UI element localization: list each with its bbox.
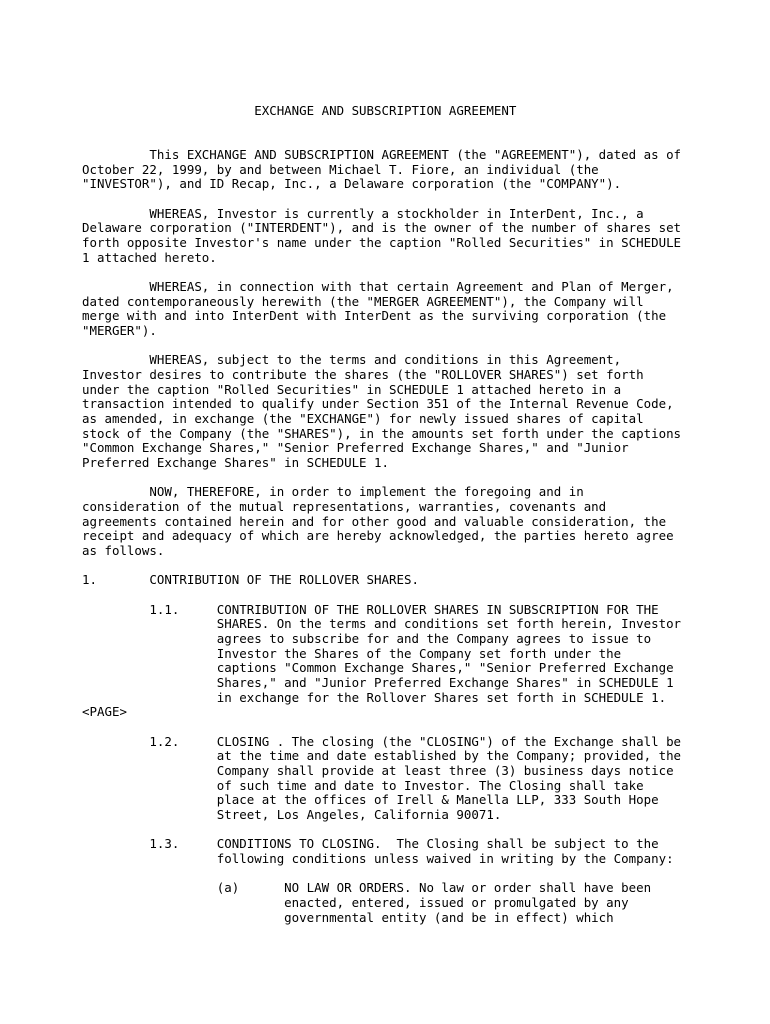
- now-therefore-paragraph: NOW, THEREFORE, in order to implement th…: [82, 485, 681, 558]
- document-title: EXCHANGE AND SUBSCRIPTION AGREEMENT: [82, 104, 681, 119]
- page-background: { "page": { "background_color": "#ffffff…: [0, 0, 770, 1024]
- section-1-heading: 1. CONTRIBUTION OF THE ROLLOVER SHARES.: [82, 573, 681, 588]
- section-1-3-conditions: 1.3. CONDITIONS TO CLOSING. The Closing …: [82, 837, 681, 866]
- intro-paragraph: This EXCHANGE AND SUBSCRIPTION AGREEMENT…: [82, 148, 681, 192]
- section-1-2-closing: 1.2. CLOSING . The closing (the "CLOSING…: [82, 735, 681, 823]
- page-break-marker: <PAGE>: [82, 705, 681, 720]
- document-page: EXCHANGE AND SUBSCRIPTION AGREEMENT This…: [82, 104, 681, 925]
- section-1-1-contribution: 1.1. CONTRIBUTION OF THE ROLLOVER SHARES…: [82, 603, 681, 706]
- recital-stockholder: WHEREAS, Investor is currently a stockho…: [82, 207, 681, 266]
- recital-exchange: WHEREAS, subject to the terms and condit…: [82, 353, 681, 470]
- recital-merger: WHEREAS, in connection with that certain…: [82, 280, 681, 339]
- condition-a-no-law-or-orders: (a) NO LAW OR ORDERS. No law or order sh…: [82, 881, 681, 925]
